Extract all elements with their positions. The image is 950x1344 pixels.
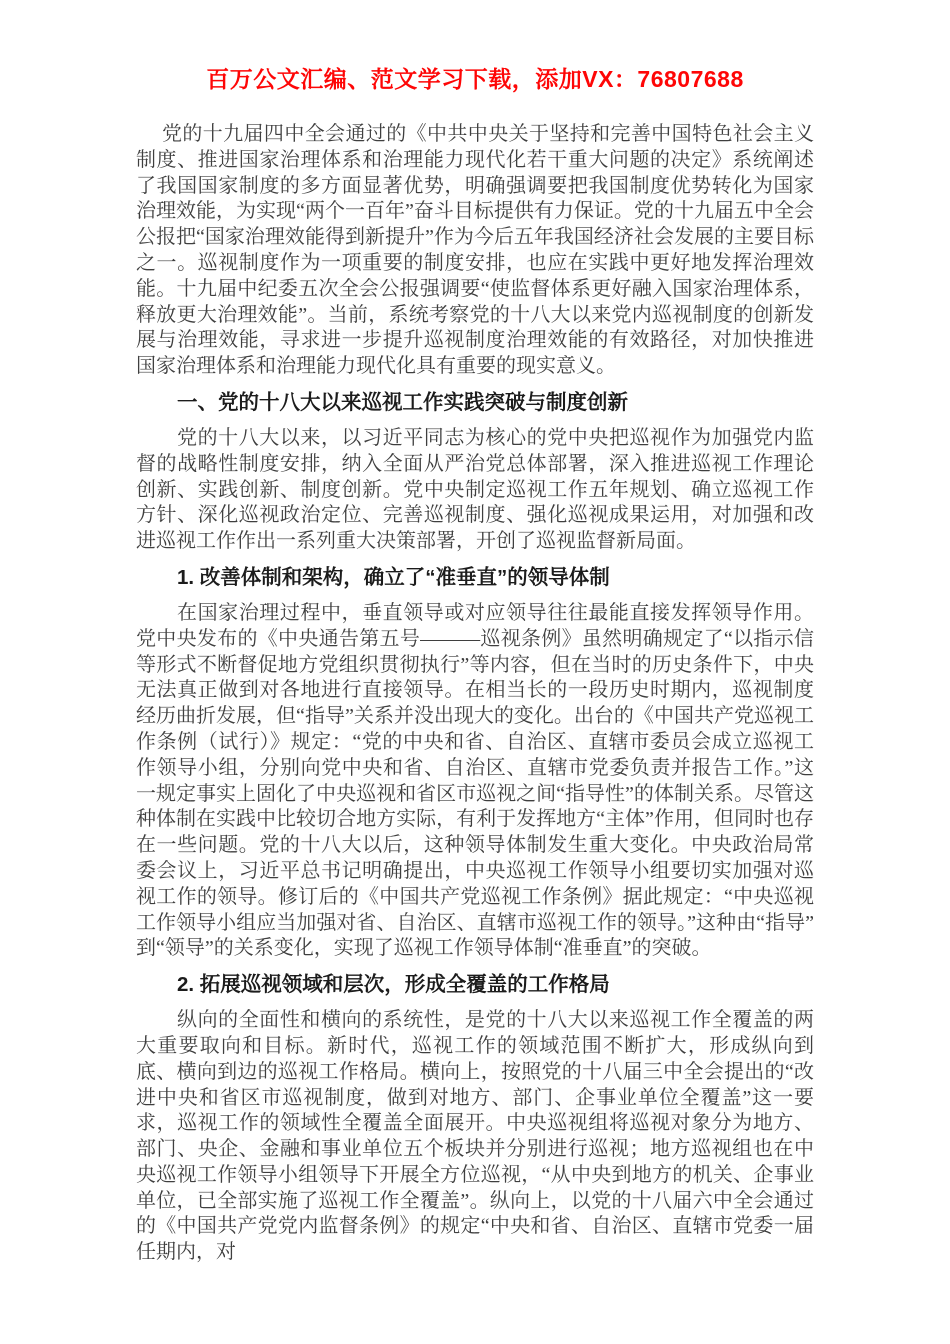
document-body: 党的十九届四中全会通过的《中共中央关于坚持和完善中国特色社会主义制度、推进国家治… xyxy=(136,122,814,1266)
section-1-overview-paragraph: 党的十八大以来，以习近平同志为核心的党中央把巡视作为加强党内监督的战略性制度安排… xyxy=(136,426,814,555)
subsection-1-paragraph: 在国家治理过程中，垂直领导或对应领导往往最能直接发挥领导作用。党中央发布的《中央… xyxy=(136,601,814,962)
intro-paragraph: 党的十九届四中全会通过的《中共中央关于坚持和完善中国特色社会主义制度、推进国家治… xyxy=(136,122,814,380)
subsection-heading-2: 2. 拓展巡视领域和层次，形成全覆盖的工作格局 xyxy=(136,972,814,998)
subsection-heading-1: 1. 改善体制和架构，确立了“准垂直”的领导体制 xyxy=(136,565,814,591)
document-page: 百万公文汇编、范文学习下载，添加VX：76807688 党的十九届四中全会通过的… xyxy=(0,0,950,1344)
section-heading-1: 一、党的十八大以来巡视工作实践突破与制度创新 xyxy=(136,390,814,416)
promo-banner: 百万公文汇编、范文学习下载，添加VX：76807688 xyxy=(0,0,950,94)
subsection-2-paragraph: 纵向的全面性和横向的系统性，是党的十八大以来巡视工作全覆盖的两大重要取向和目标。… xyxy=(136,1008,814,1266)
